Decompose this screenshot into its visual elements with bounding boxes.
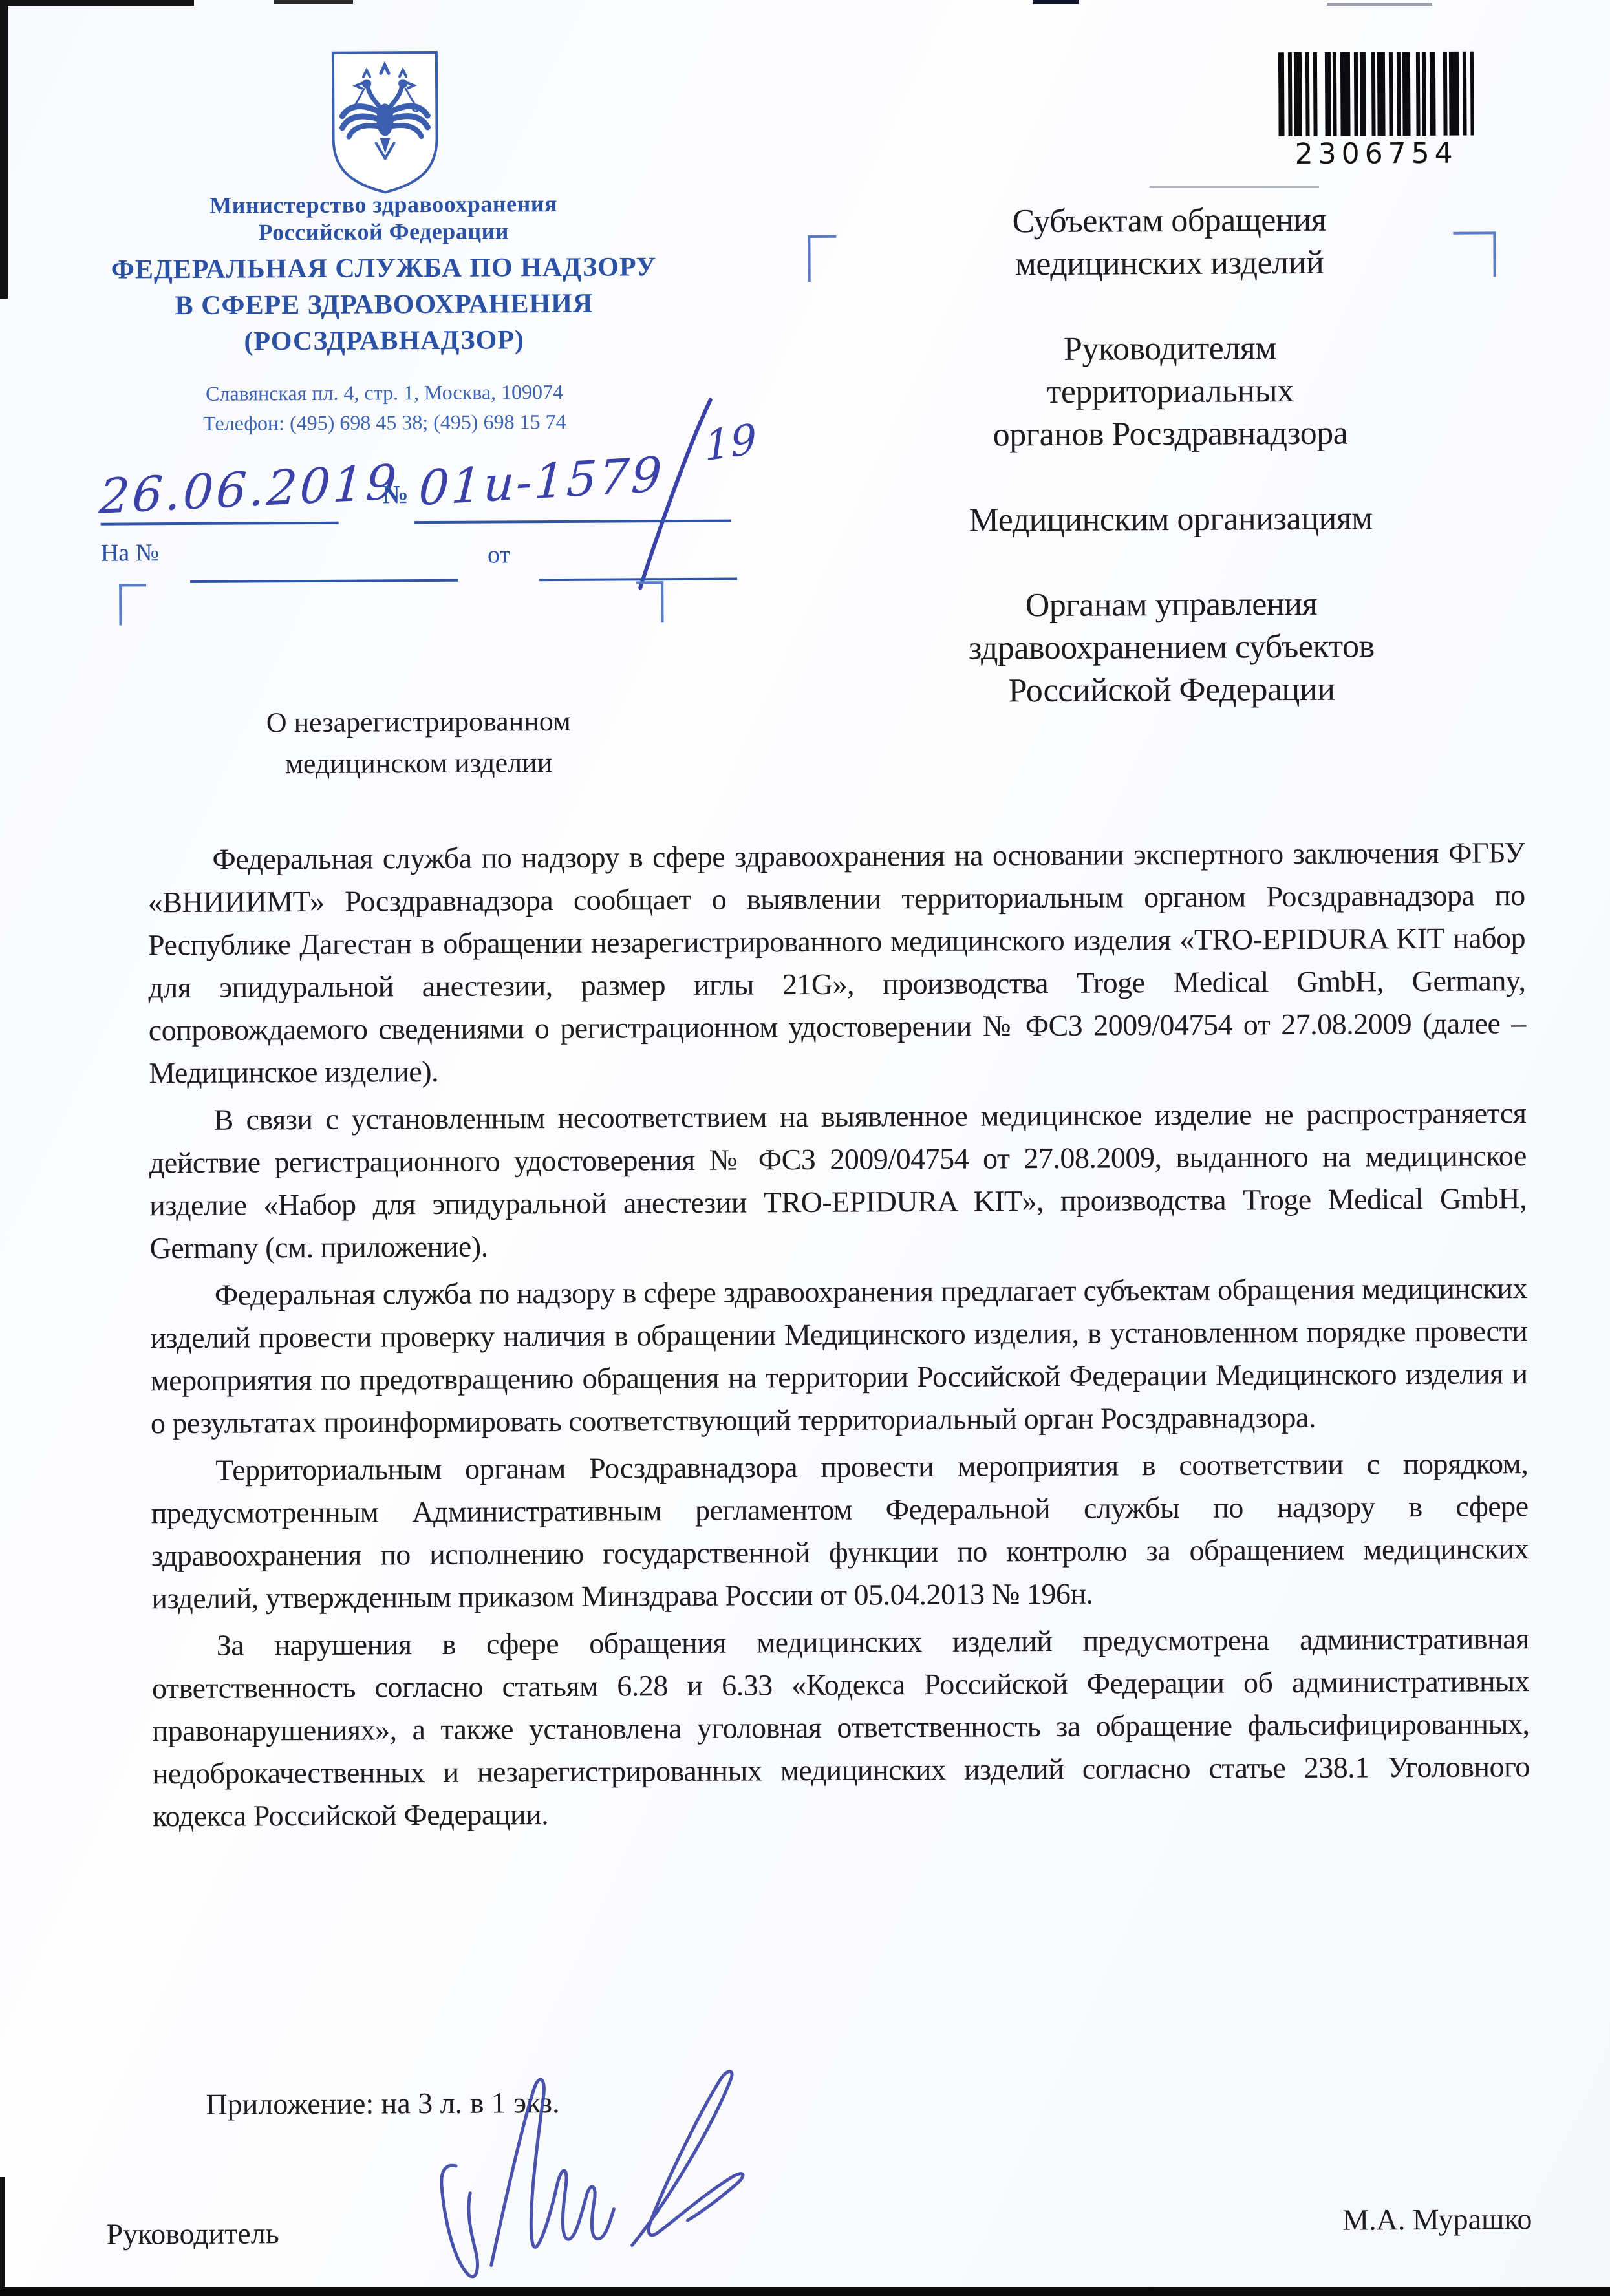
- handwritten-number: 01и-1579: [418, 447, 665, 516]
- letterhead-service-line3: (РОСЗДРАВНАДЗОР): [93, 324, 675, 358]
- scan-edge-left-bottom-strip: [0, 2177, 5, 2287]
- addressee-group-health-authorities: Органам управления здравоохранением субъ…: [815, 582, 1527, 714]
- addressee-line: Российской Федерации: [816, 667, 1527, 714]
- addressee-group-medical-orgs: Медицинским организациям: [815, 496, 1526, 543]
- addressee-column: Субъектам обращения медицинских изделий …: [813, 198, 1527, 756]
- reply-from-label: от: [488, 540, 510, 569]
- subject-line: О незарегистрированном медицинском издел…: [249, 701, 588, 785]
- signature-autograph: [393, 2049, 769, 2290]
- subject-line-2: медицинском изделии: [249, 742, 588, 785]
- address-bracket-left-v: [808, 235, 810, 282]
- addressee-group-heads: Руководителям территориальных органов Ро…: [814, 326, 1526, 458]
- number-sign: №: [382, 479, 408, 509]
- barcode-bars: [1278, 52, 1474, 137]
- handwritten-number-suffix: 19: [703, 416, 758, 471]
- body-paragraph: Федеральная служба по надзору в сфере зд…: [150, 1267, 1528, 1445]
- zone-bracket-lower-right-v: [661, 581, 663, 622]
- letterhead-ministry-line1: Министерство здравоохранения: [92, 189, 674, 220]
- addressee-line: Медицинским организациям: [815, 496, 1526, 543]
- addressee-group-subjects: Субъектам обращения медицинских изделий: [813, 198, 1525, 287]
- addressee-line: Руководителям: [814, 326, 1525, 372]
- addressee-line: здравоохранением субъектов: [816, 624, 1527, 671]
- addressee-line: Органам управления: [815, 582, 1527, 628]
- addressee-line: органов Росздравнадзора: [815, 411, 1526, 458]
- letter-body: Федеральная служба по надзору в сфере зд…: [147, 831, 1530, 1842]
- zone-bracket-lower-right-h: [636, 581, 663, 584]
- reply-no-label: На №: [101, 538, 159, 567]
- signatory-title: Руководитель: [106, 2216, 279, 2251]
- letterhead-address: Славянская пл. 4, стр. 1, Москва, 109074: [94, 379, 676, 407]
- addressee-line: Субъектам обращения: [813, 198, 1525, 244]
- body-paragraph: За нарушения в сфере обращения медицинск…: [152, 1617, 1530, 1838]
- barcode-number: 2306754: [1279, 137, 1474, 171]
- letterhead-service-line1: ФЕДЕРАЛЬНАЯ СЛУЖБА ПО НАДЗОРУ: [92, 251, 674, 286]
- letterhead-ministry-line2: Российской Федерации: [92, 217, 674, 247]
- zone-bracket-lower-left-h: [119, 584, 146, 586]
- barcode: 2306754: [1278, 52, 1474, 171]
- scanned-letter-page: Министерство здравоохранения Российской …: [0, 0, 1610, 2296]
- date-blank-line: [101, 522, 339, 526]
- addressee-line: медицинских изделий: [813, 240, 1525, 287]
- coat-of-arms-icon: [327, 47, 444, 197]
- letter-content: Министерство здравоохранения Российской …: [0, 0, 1610, 2296]
- reply-no-blank-line: [190, 579, 458, 583]
- zone-bracket-lower-left-v: [119, 584, 122, 626]
- signatory-name: М.А. Мурашко: [1234, 2202, 1532, 2237]
- handwritten-date: 26.06.2019: [98, 454, 400, 525]
- letterhead-phone: Телефон: (495) 698 45 38; (495) 698 15 7…: [94, 409, 676, 436]
- body-paragraph: В связи с установленным несоответствием …: [149, 1092, 1527, 1270]
- body-paragraph: Федеральная служба по надзору в сфере зд…: [147, 831, 1526, 1094]
- addressee-line: территориальных: [814, 368, 1525, 415]
- letterhead-service-line2: В СФЕРЕ ЗДРАВООХРАНЕНИЯ: [93, 288, 675, 322]
- body-paragraph: Территориальным органам Росздравнадзора …: [151, 1442, 1529, 1620]
- subject-line-1: О незарегистрированном: [249, 701, 588, 744]
